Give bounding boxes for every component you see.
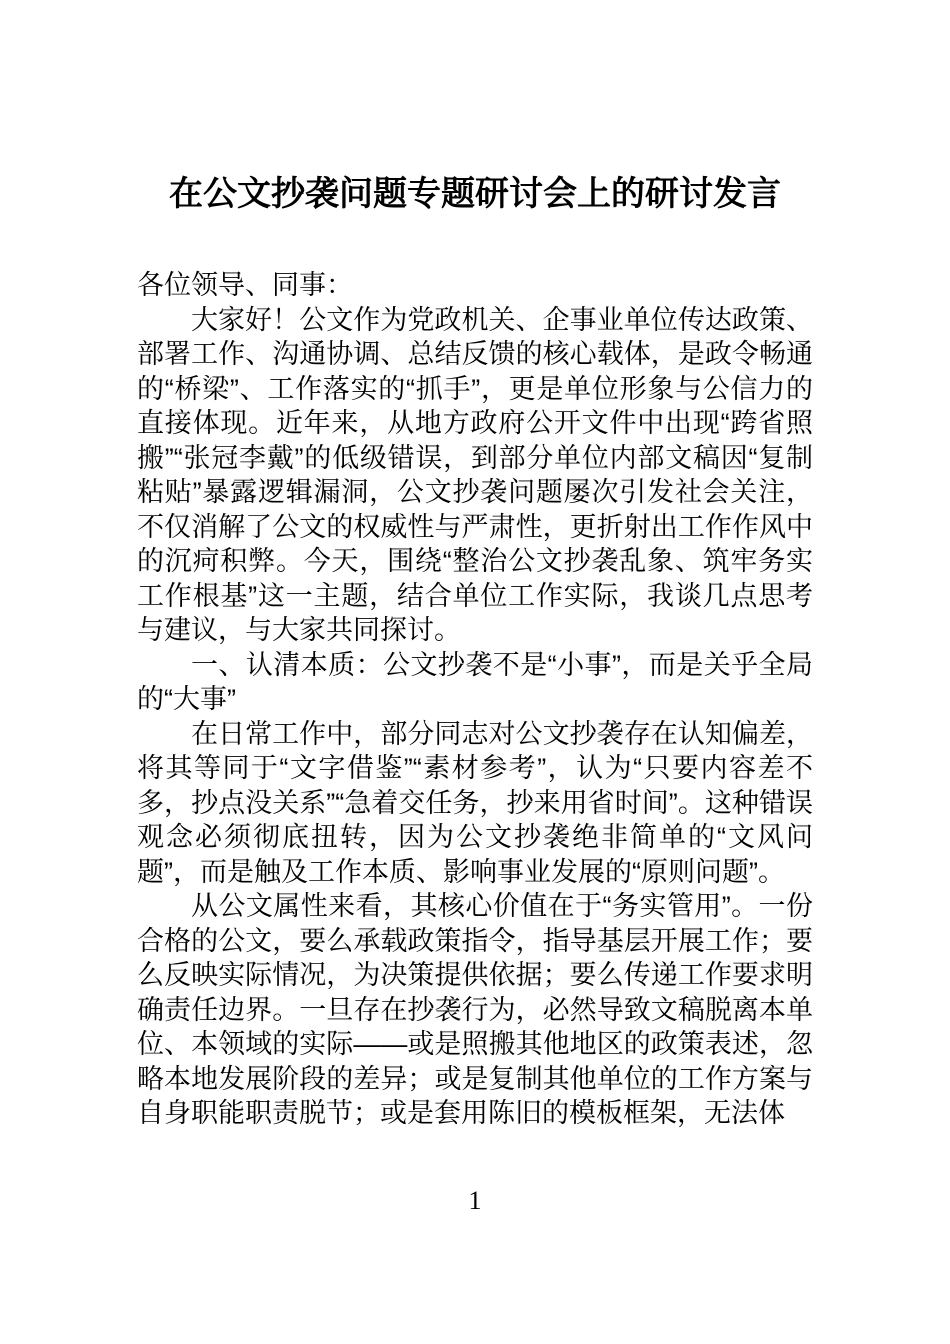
paragraph-cognition: 在日常工作中，部分同志对公文抄袭存在认知偏差，将其等同于“文字借鉴”“素材参考”… xyxy=(137,717,813,890)
section-heading-1: 一、认清本质：公文抄袭不是“小事”，而是关乎全局的“大事” xyxy=(137,648,813,717)
salutation-line: 各位领导、同事： xyxy=(137,268,813,303)
document-body: 各位领导、同事： 大家好！公文作为党政机关、企事业单位传达政策、部署工作、沟通协… xyxy=(137,268,813,1131)
document-page: 在公文抄袭问题专题研讨会上的研讨发言 各位领导、同事： 大家好！公文作为党政机关… xyxy=(0,0,950,1344)
paragraph-opening: 大家好！公文作为党政机关、企事业单位传达政策、部署工作、沟通协调、总结反馈的核心… xyxy=(137,303,813,648)
document-content: 在公文抄袭问题专题研讨会上的研讨发言 各位领导、同事： 大家好！公文作为党政机关… xyxy=(137,172,813,1131)
page-number: 1 xyxy=(0,1186,950,1216)
document-title: 在公文抄袭问题专题研讨会上的研讨发言 xyxy=(137,172,813,216)
paragraph-attributes: 从公文属性来看，其核心价值在于“务实管用”。一份合格的公文，要么承载政策指令，指… xyxy=(137,889,813,1131)
